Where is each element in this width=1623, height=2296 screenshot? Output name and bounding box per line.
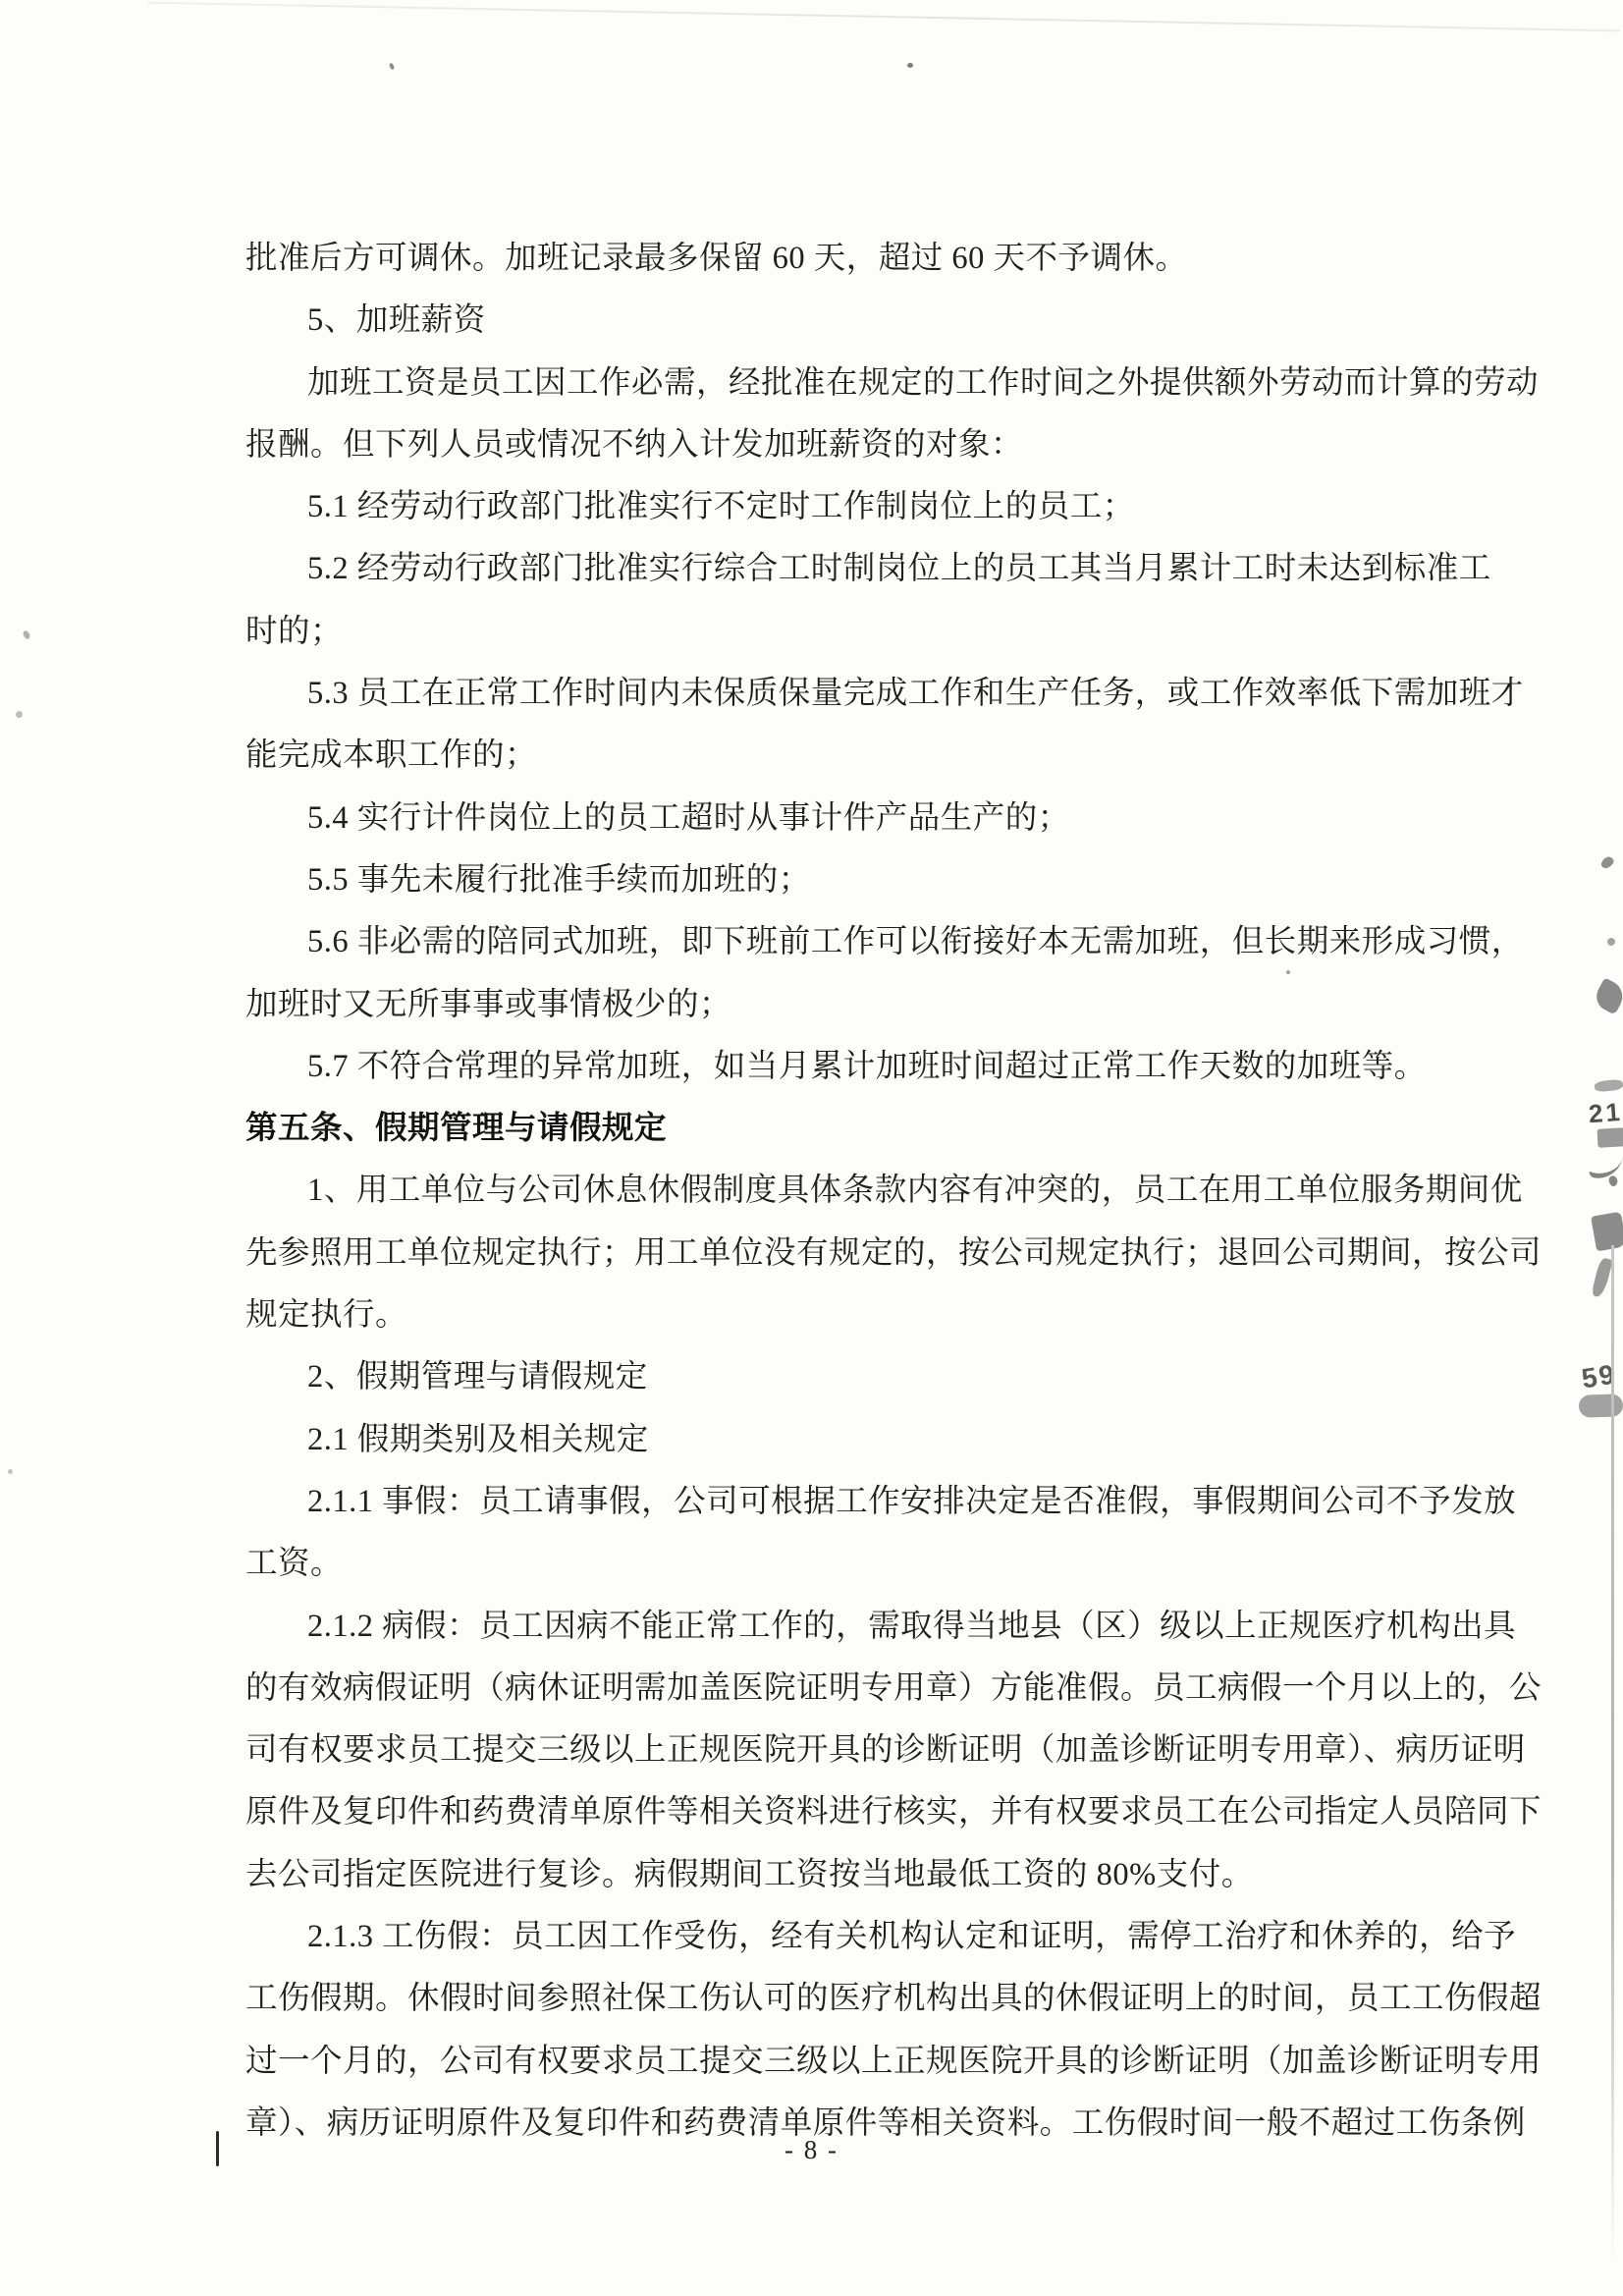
scan-speck bbox=[1286, 970, 1290, 974]
text-line: 报酬。但下列人员或情况不纳入计发加班薪资的对象： bbox=[245, 414, 1473, 476]
scan-edge-line bbox=[147, 2, 1620, 32]
text-block: 批准后方可调休。加班记录最多保留 60 天，超过 60 天不予调休。 5、加班薪… bbox=[245, 228, 1473, 2155]
scan-smudge bbox=[1589, 1145, 1623, 1181]
text-line: 加班时又无所事事或事情极少的； bbox=[245, 974, 1473, 1036]
text-line: 2.1.1 事假：员工请事假，公司可根据工作安排决定是否准假，事假期间公司不予发… bbox=[245, 1471, 1473, 1533]
scan-smudge bbox=[1591, 1212, 1623, 1252]
text-line: 加班工资是员工因工作必需，经批准在规定的工作时间之外提供额外劳动而计算的劳动 bbox=[245, 353, 1473, 414]
scan-smudge bbox=[1599, 854, 1615, 870]
page-number: - 8 - bbox=[0, 2135, 1623, 2165]
text-line: 2.1.2 病假：员工因病不能正常工作的，需取得当地县（区）级以上正规医疗机构出… bbox=[245, 1596, 1473, 1658]
scan-smudge bbox=[1579, 1394, 1623, 1418]
scan-speck bbox=[8, 1469, 13, 1474]
text-line: 5、加班薪资 bbox=[245, 290, 1473, 352]
text-line: 2、假期管理与请假规定 bbox=[245, 1346, 1473, 1408]
text-line: 5.2 经劳动行政部门批准实行综合工时制岗位上的员工其当月累计工时未达到标准工 bbox=[245, 538, 1473, 600]
scan-speck bbox=[16, 711, 23, 718]
scan-speck bbox=[907, 63, 913, 68]
text-line: 工资。 bbox=[245, 1533, 1473, 1595]
scan-smudge bbox=[1595, 1079, 1623, 1093]
text-line: 5.1 经劳动行政部门批准实行不定时工作制岗位上的员工； bbox=[245, 476, 1473, 538]
scan-speck bbox=[22, 629, 31, 640]
scan-smudge bbox=[1606, 1175, 1619, 1187]
scan-smudge bbox=[1592, 977, 1623, 1014]
scan-speck bbox=[389, 62, 396, 70]
text-line: 的有效病假证明（病休证明需加盖医院证明专用章）方能准假。员工病假一个月以上的，公 bbox=[245, 1658, 1473, 1720]
text-line: 规定执行。 bbox=[245, 1285, 1473, 1346]
text-line: 原件及复印件和药费清单原件等相关资料进行核实，并有权要求员工在公司指定人员陪同下 bbox=[245, 1781, 1473, 1843]
text-line: 1、用工单位与公司休息休假制度具体条款内容有冲突的，员工在用工单位服务期间优 bbox=[245, 1160, 1473, 1222]
scan-smudge bbox=[1597, 1127, 1623, 1147]
text-line: 时的； bbox=[245, 601, 1473, 663]
text-line: 5.6 非必需的陪同式加班，即下班前工作可以衔接好本无需加班，但长期来形成习惯， bbox=[245, 911, 1473, 973]
text-line: 5.4 实行计件岗位上的员工超时从事计件产品生产的； bbox=[245, 788, 1473, 849]
text-line: 司有权要求员工提交三级以上正规医院开具的诊断证明（加盖诊断证明专用章）、病历证明 bbox=[245, 1720, 1473, 1781]
text-line: 2.1 假期类别及相关规定 bbox=[245, 1409, 1473, 1471]
scan-fold-line bbox=[1611, 1245, 1614, 2267]
text-line: 去公司指定医院进行复诊。病假期间工资按当地最低工资的 80%支付。 bbox=[245, 1844, 1473, 1906]
section-heading: 第五条、假期管理与请假规定 bbox=[245, 1098, 1473, 1160]
text-line: 批准后方可调休。加班记录最多保留 60 天，超过 60 天不予调休。 bbox=[245, 228, 1473, 290]
text-line: 过一个月的，公司有权要求员工提交三级以上正规医院开具的诊断证明（加盖诊断证明专用 bbox=[245, 2031, 1473, 2093]
text-line: 2.1.3 工伤假：员工因工作受伤，经有关机构认定和证明，需停工治疗和休养的，给… bbox=[245, 1906, 1473, 1968]
pen-tick-mark bbox=[216, 2131, 219, 2166]
text-line: 5.3 员工在正常工作时间内未保质保量完成工作和生产任务，或工作效率低下需加班才 bbox=[245, 663, 1473, 725]
scanned-document-page: 批准后方可调休。加班记录最多保留 60 天，超过 60 天不予调休。 5、加班薪… bbox=[0, 0, 1623, 2296]
scan-smudge bbox=[1591, 1257, 1612, 1298]
text-line: 先参照用工单位规定执行；用工单位没有规定的，按公司规定执行；退回公司期间，按公司 bbox=[245, 1223, 1473, 1285]
text-line: 5.5 事先未履行批准手续而加班的； bbox=[245, 849, 1473, 911]
text-line: 5.7 不符合常理的异常加班，如当月累计加班时间超过正常工作天数的加班等。 bbox=[245, 1036, 1473, 1098]
scan-smudge bbox=[1606, 937, 1616, 947]
edge-handwritten-number: 21 bbox=[1588, 1097, 1623, 1129]
text-line: 工伤假期。休假时间参照社保工伤认可的医疗机构出具的休假证明上的时间，员工工伤假超 bbox=[245, 1968, 1473, 2030]
text-line: 能完成本职工作的； bbox=[245, 725, 1473, 787]
